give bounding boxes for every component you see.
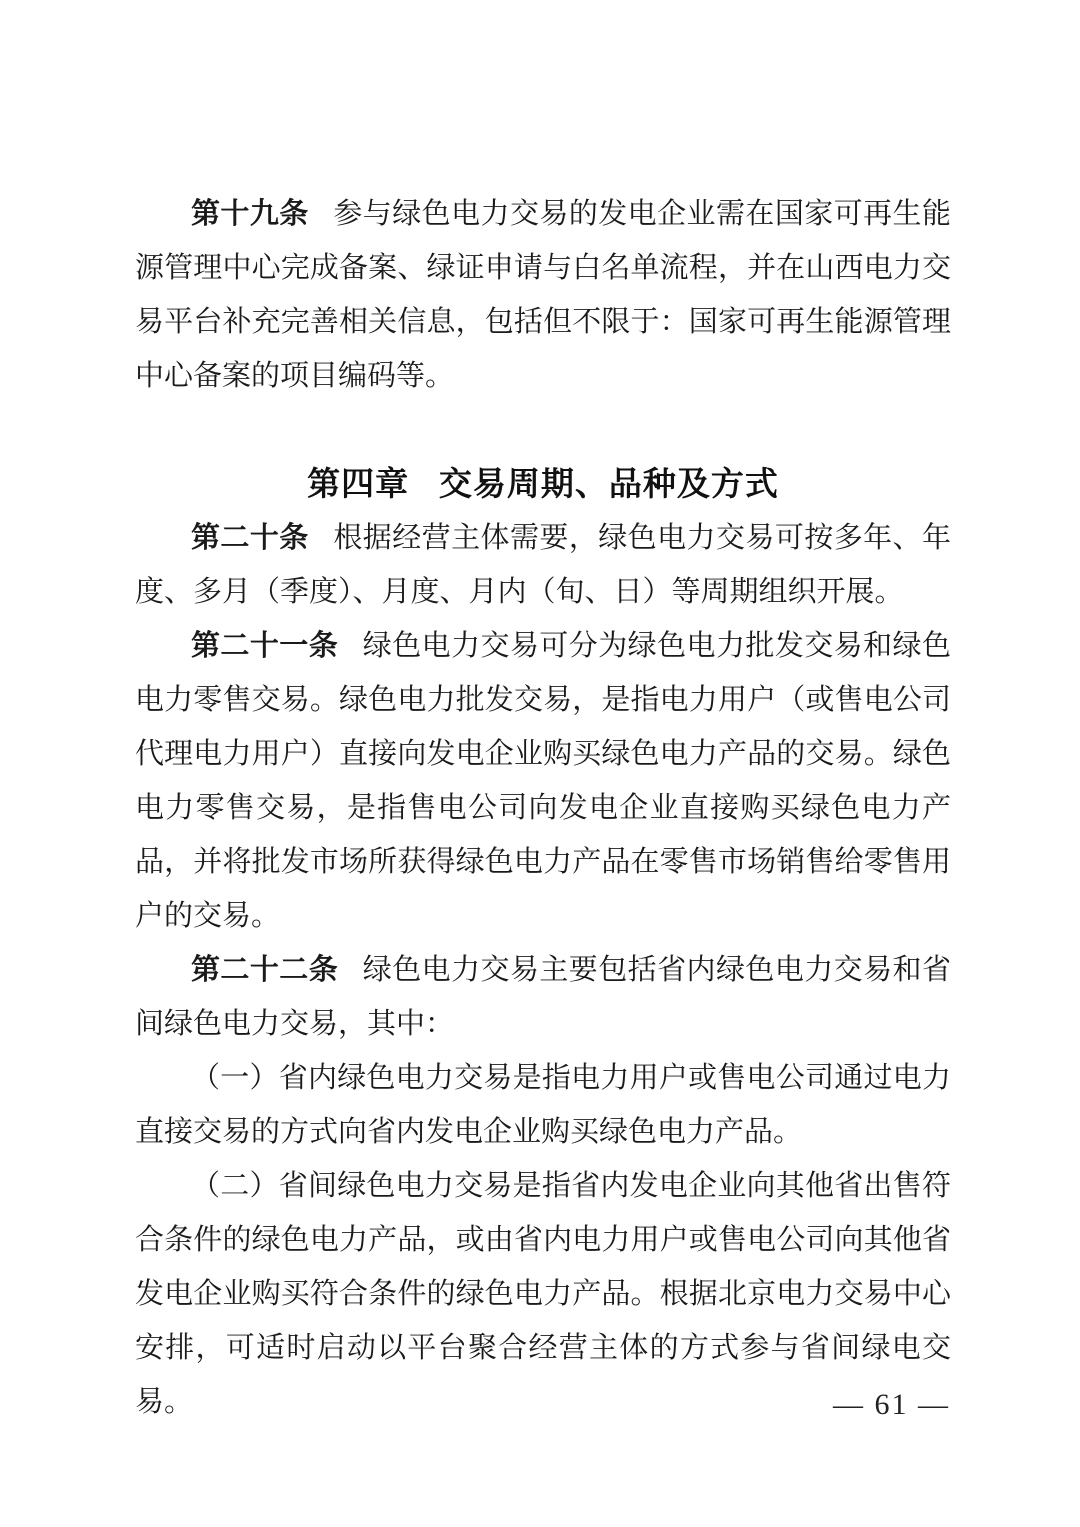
article-number-label: 第二十二条 — [191, 954, 338, 986]
document-body: 第十九条参与绿色电力交易的发电企业需在国家可再生能源管理中心完成备案、绿证申请与… — [135, 187, 951, 1429]
article-paragraph: 第十九条参与绿色电力交易的发电企业需在国家可再生能源管理中心完成备案、绿证申请与… — [135, 187, 951, 403]
chapter-heading: 第四章交易周期、品种及方式 — [135, 457, 951, 511]
page-number: — 61 — — [833, 1388, 950, 1422]
chapter-number-label: 第四章 — [307, 465, 409, 502]
sub-item-paragraph: （一）省内绿色电力交易是指电力用户或售电公司通过电力直接交易的方式向省内发电企业… — [135, 1051, 951, 1159]
article-number-label: 第十九条 — [191, 198, 309, 230]
article-paragraph: 第二十二条绿色电力交易主要包括省内绿色电力交易和省间绿色电力交易，其中： — [135, 943, 951, 1051]
article-paragraph: 第二十一条绿色电力交易可分为绿色电力批发交易和绿色电力零售交易。绿色电力批发交易… — [135, 619, 951, 943]
sub-item-paragraph: （二）省间绿色电力交易是指省内发电企业向其他省出售符合条件的绿色电力产品，或由省… — [135, 1159, 951, 1429]
article-number-label: 第二十一条 — [191, 630, 338, 662]
article-paragraph: 第二十条根据经营主体需要，绿色电力交易可按多年、年度、多月（季度）、月度、月内（… — [135, 511, 951, 619]
document-page: 第十九条参与绿色电力交易的发电企业需在国家可再生能源管理中心完成备案、绿证申请与… — [0, 0, 1080, 1527]
article-number-label: 第二十条 — [191, 522, 309, 554]
